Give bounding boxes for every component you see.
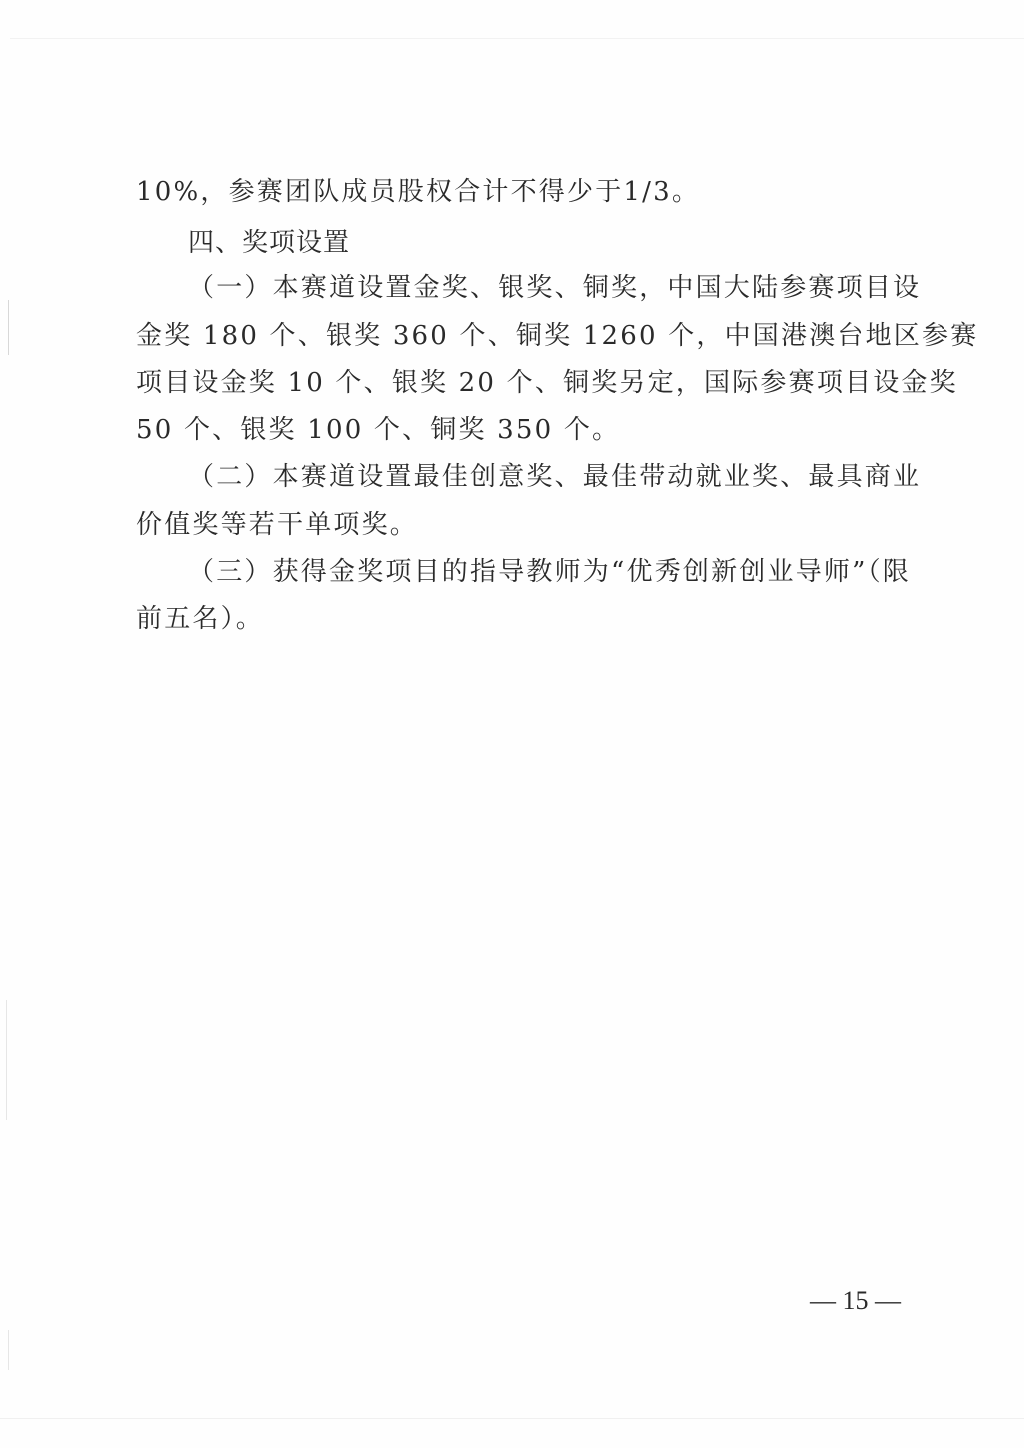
- text-line: （二）本赛道设置最佳创意奖、最佳带动就业奖、最具商业: [188, 457, 896, 497]
- text-line: 金奖 180 个、银奖 360 个、铜奖 1260 个，中国港澳台地区参赛: [136, 316, 896, 356]
- scan-mark: [8, 1330, 9, 1370]
- text-line: 价值奖等若干单项奖。: [136, 505, 418, 545]
- scan-edge-top: [10, 38, 1024, 39]
- text-line: （一）本赛道设置金奖、银奖、铜奖，中国大陆参赛项目设: [188, 268, 896, 308]
- text-line: 10%，参赛团队成员股权合计不得少于1/3。: [136, 172, 700, 212]
- section-heading: 四、奖项设置: [188, 223, 350, 263]
- page-number: — 15 —: [810, 1286, 901, 1316]
- scan-mark: [6, 1000, 7, 1120]
- scan-edge-bottom: [0, 1418, 1024, 1419]
- text-line: 前五名）。: [136, 599, 264, 639]
- scan-mark: [8, 300, 9, 355]
- document-page: 10%，参赛团队成员股权合计不得少于1/3。 四、奖项设置 （一）本赛道设置金奖…: [0, 0, 1024, 1448]
- text-line: （三）获得金奖项目的指导教师为“优秀创新创业导师”（限: [188, 552, 896, 592]
- text-line: 项目设金奖 10 个、银奖 20 个、铜奖另定，国际参赛项目设金奖: [136, 363, 896, 403]
- text-line: 50 个、银奖 100 个、铜奖 350 个。: [136, 410, 620, 450]
